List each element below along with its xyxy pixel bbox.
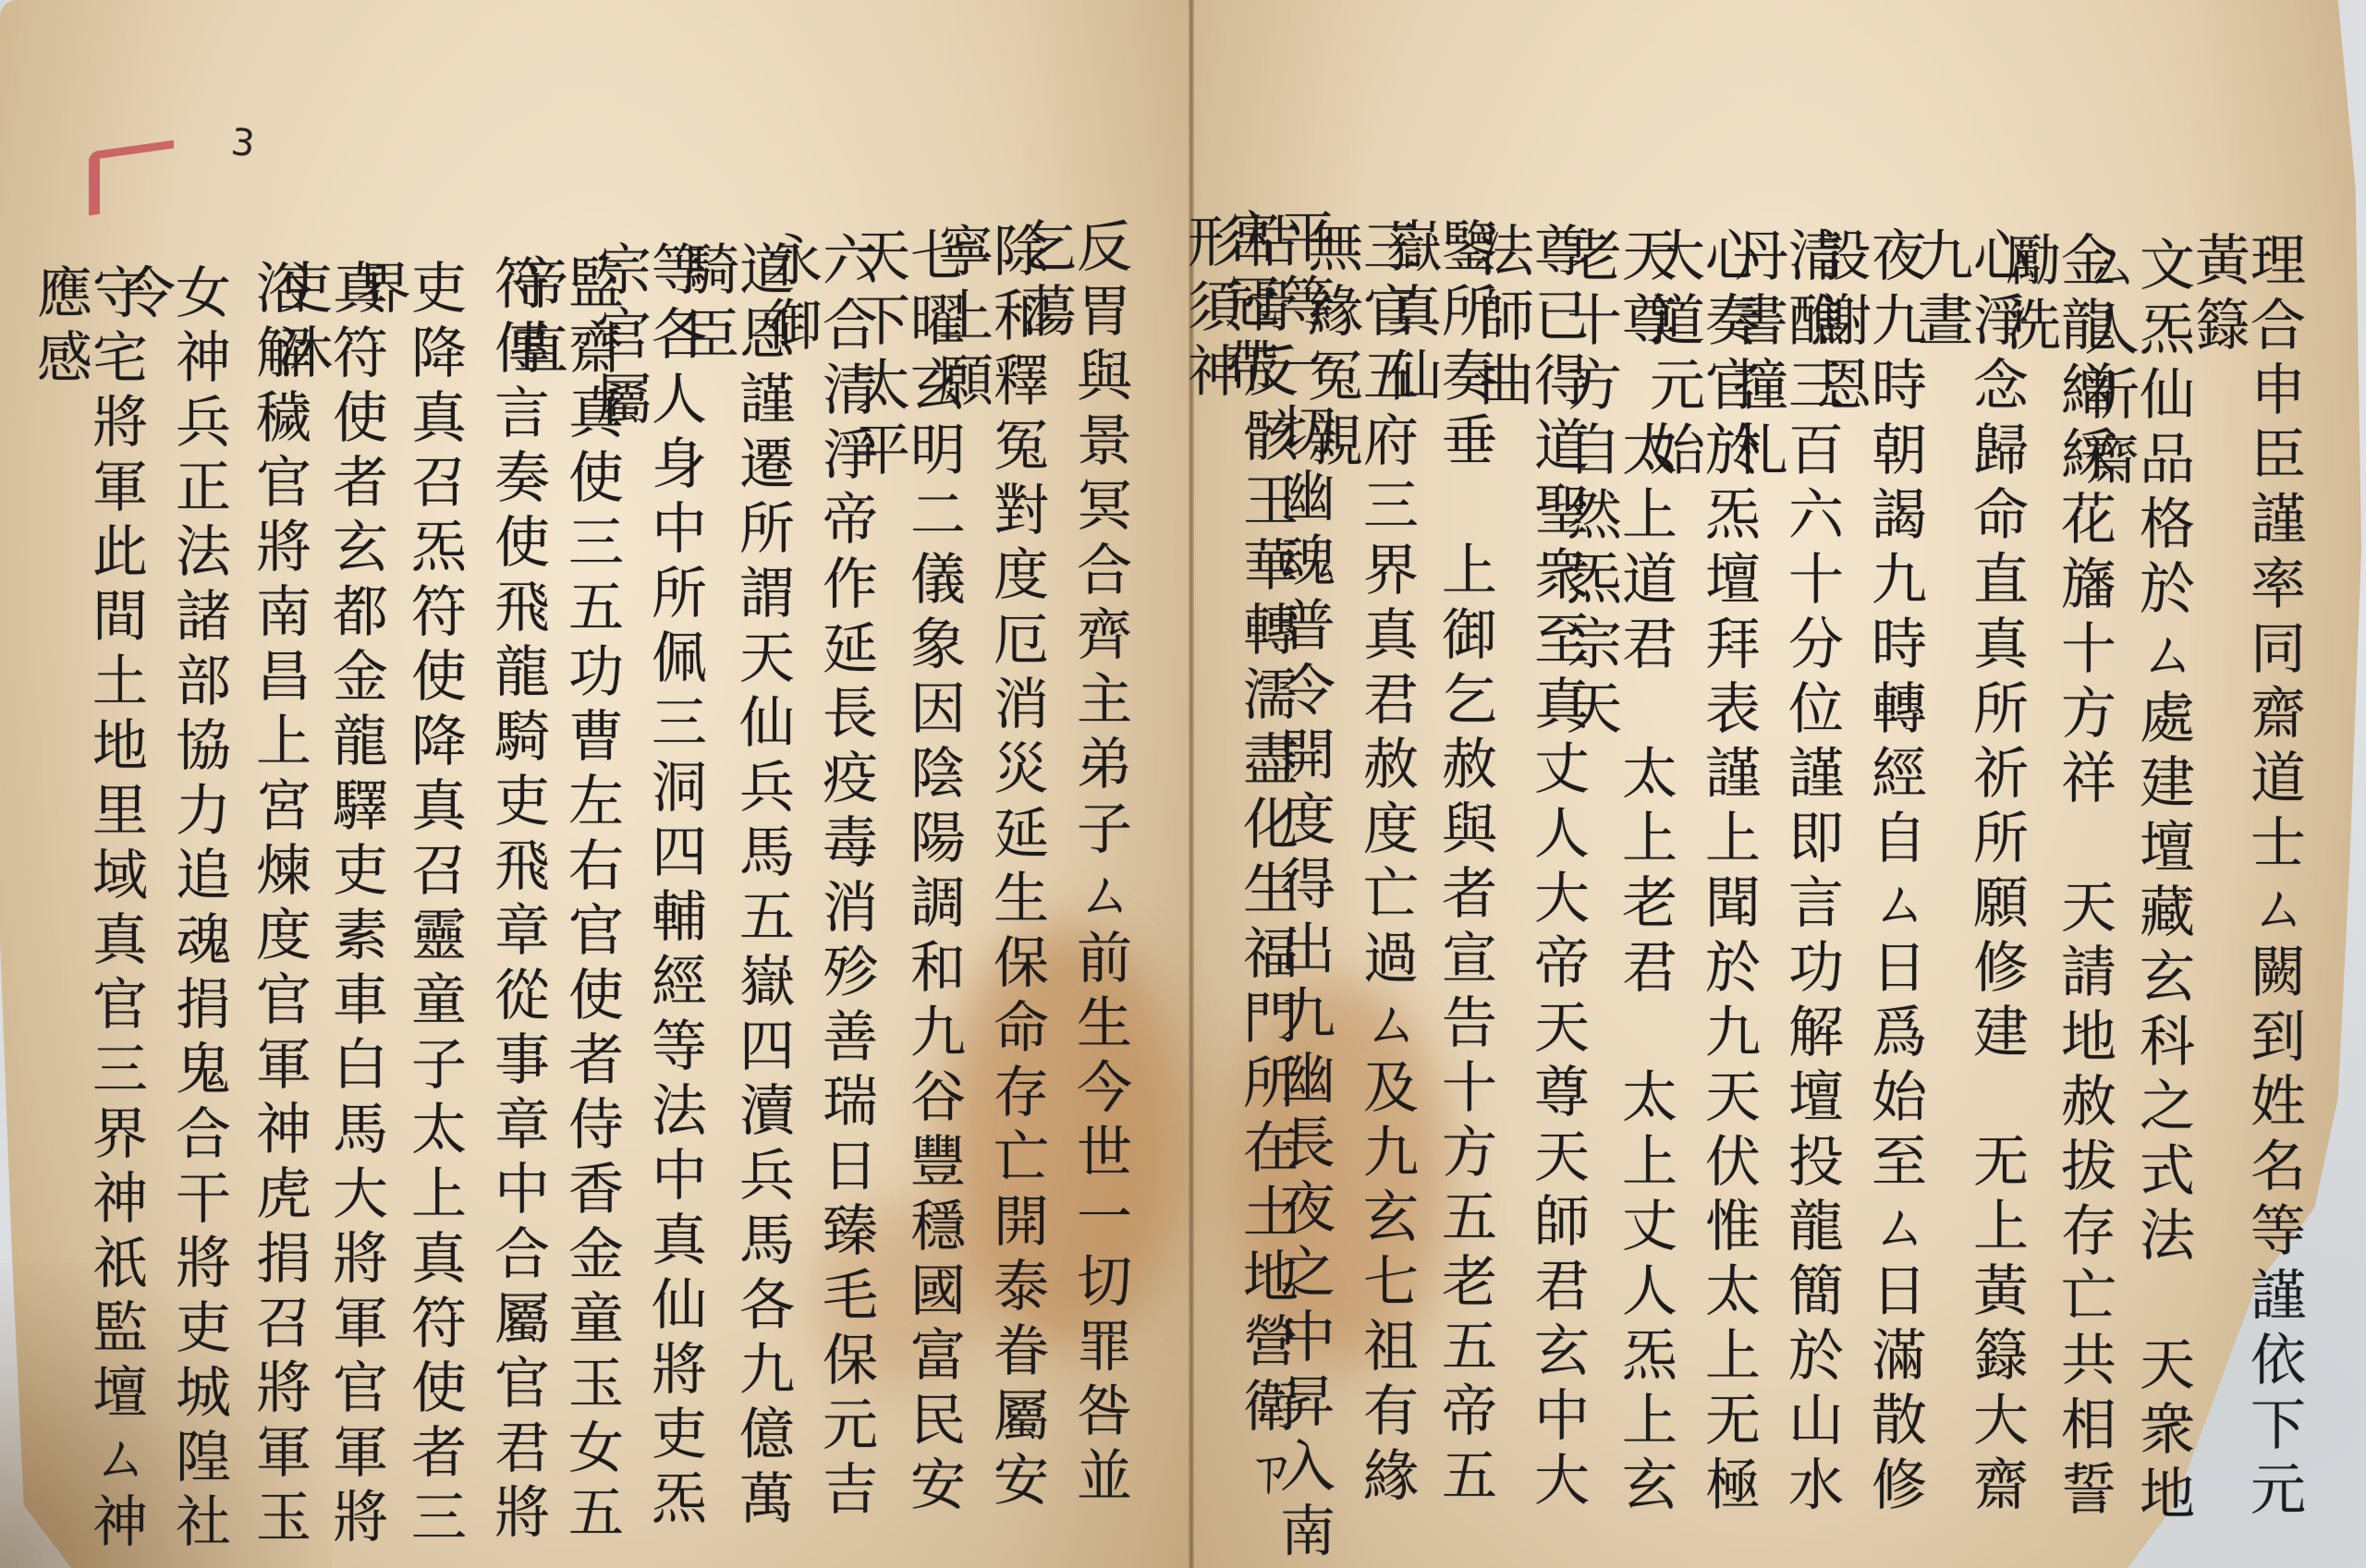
text-column: 文炁仙品格於ㄙ處建壇藏玄科之式法 天衆地ㄙ人祈齋	[2126, 236, 2190, 1568]
text-column: 尊已得道聖衆至真丈人大帝天尊天師君玄中大法師曲	[1520, 222, 1585, 1568]
text-column: 反胃與景冥合齊主弟子ㄙ前生今世一切罪咎並乞蕩	[1063, 217, 1128, 1568]
text-column: 符傳言奏使飛龍騎吏飛章從事章中合屬官君將	[481, 254, 545, 1548]
text-column: 金龍繒綵花旛十方祥 天請地赦拔存亡共相誓勵洗	[2047, 231, 2112, 1568]
text-column: 心奏官於炁壇拜表謹上聞於九天伏惟太上无極大道元始	[1691, 226, 1756, 1568]
text-column: 浴解穢官將南昌上宮煉度官軍神虎捐召將軍玉	[242, 259, 307, 1552]
red-seal-mark	[89, 140, 174, 216]
text-column: 清醮三百六十分位謹即言功解壇投龍簡於山水丹書撞札	[1774, 226, 1839, 1568]
text-column: 理合申臣謹率同齋道士ㄙ闕到姓名等謹依下元黃籙	[2237, 231, 2301, 1568]
text-column: 除和釋冤對度厄消災延生保命存亡開泰眷屬安寧上願	[980, 222, 1044, 1568]
text-column: 夜九時朝謁九時轉經自ㄙ日爲始至ㄙ日滿散修設謝恩	[1858, 226, 1922, 1568]
text-column: 心淨念歸命直真所祈所願修建 无上黃籙大齋九晝	[1959, 226, 2024, 1568]
text-column: 鑒所奏垂 上御乞赦與者宣告十方五老五帝五嶽真仙	[1428, 217, 1493, 1568]
text-column: 六合清淨帝作延長疫毒消殄善瑞日臻毛保元吉永御	[809, 231, 873, 1568]
text-column: 枯骨反骸王華轉濡盡化生福門所在土地營衛ㄗ形須神	[1229, 213, 1294, 1568]
text-column: 守宅將軍此間土地里域真官三界神祇監壇ㄙ神應感	[79, 263, 143, 1568]
text-column: 七曜玄明二儀象因陰陽調和九谷豐穩國富民安天下太平	[896, 226, 961, 1568]
text-column: 等各人身中所佩三洞四輔經等法中真仙將吏炁宗官屬	[638, 240, 702, 1568]
text-column: 真符使者玄都金龍驛吏素車白馬大將軍官軍將吏沐	[319, 259, 384, 1568]
text-column: 女神兵正法諸部協力追魂捐鬼合干將吏城隍社令	[162, 263, 226, 1568]
text-column: 三官五府三界真君赦度亡過ㄙ及九玄七祖有緣無緣冤親	[1349, 217, 1414, 1568]
text-column: 吏降真召炁符使降真召靈童子太上真符使者三界	[397, 259, 462, 1568]
text-column: 天尊 太上道君 太上老君 太上丈人炁上玄老十方自然炁宗天	[1608, 226, 1673, 1568]
text-column: 監齋真使三五功曹左右官使者侍香金童玉女五帝直	[555, 254, 619, 1568]
folio-number: 3	[229, 121, 257, 165]
text-column: 道恩謹遷所謂天仙兵馬五嶽四瀆兵馬各九億萬騎臣	[726, 240, 790, 1568]
